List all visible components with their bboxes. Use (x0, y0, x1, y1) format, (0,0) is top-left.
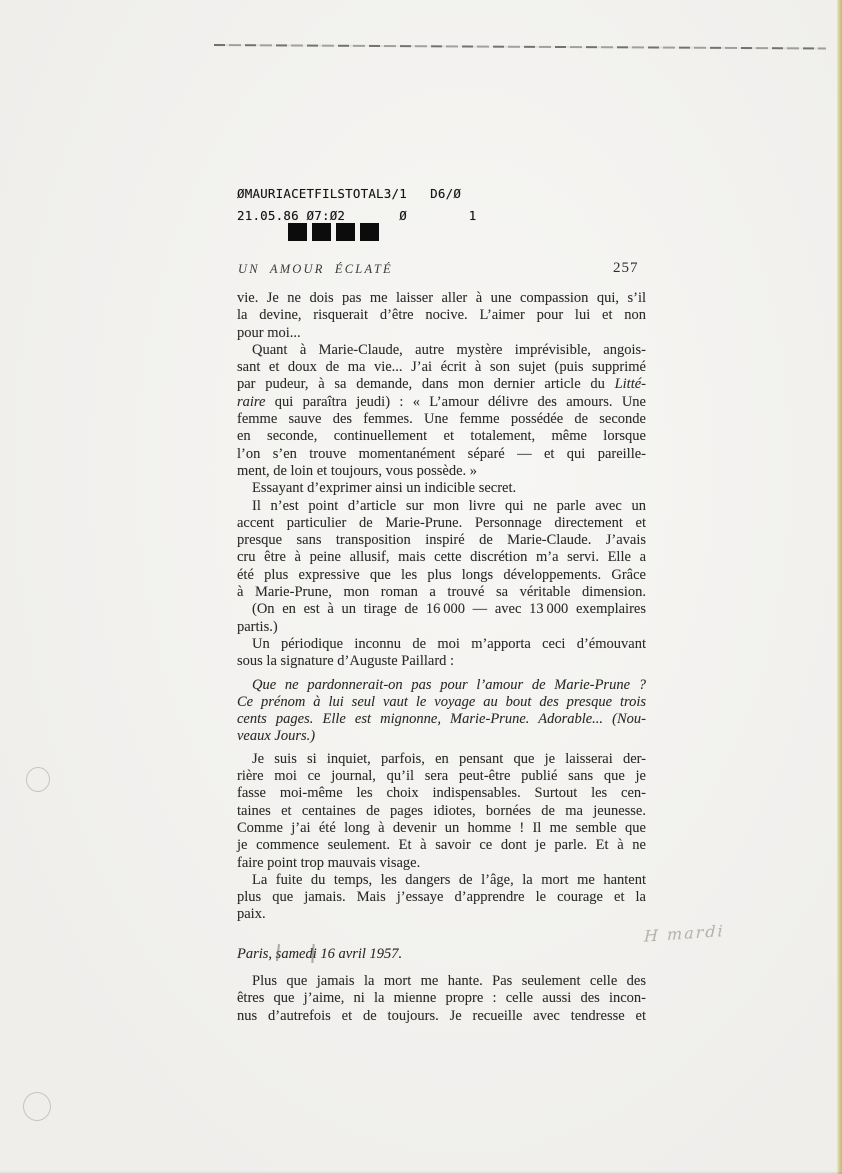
text-line: faire point trop mauvais visage. (237, 855, 646, 872)
struck-word: samedi (276, 946, 317, 963)
text-line: femme sauve des femmes. Une femme posséd… (237, 411, 646, 428)
text-line: en seconde, continuellement et totalemen… (237, 428, 646, 445)
text-column: vie. Je ne dois pas me laisser aller à u… (237, 290, 646, 1025)
microfilm-header: ØMAURIACETFILSTOTAL3/1 D6/Ø21.05.86 Ø7:Ø… (237, 183, 477, 226)
text-line: Il n’est point d’article sur mon livre q… (237, 498, 646, 515)
text-line: nus d’autrefois et de toujours. Je recue… (237, 1008, 646, 1025)
text-line: vie. Je ne dois pas me laisser aller à u… (237, 290, 646, 307)
calibration-squares (288, 223, 379, 241)
text-line: ment, de loin et toujours, vous possède.… (237, 463, 646, 480)
text-line: Un périodique inconnu de moi m’apporta c… (237, 636, 646, 653)
text-line: La fuite du temps, les dangers de l’âge,… (237, 872, 646, 889)
calibration-square (312, 223, 331, 241)
scan-edge-line (214, 44, 826, 50)
calibration-square (336, 223, 355, 241)
scanned-page: ØMAURIACETFILSTOTAL3/1 D6/Ø21.05.86 Ø7:Ø… (0, 0, 842, 1174)
text-line: partis.) (237, 619, 646, 636)
text-line: raire qui paraîtra jeudi) : « L’amour dé… (237, 394, 646, 411)
text-line: rière moi ce journal, qu’il sera peut-êt… (237, 768, 646, 785)
pencil-margin-note: H mardi (644, 921, 725, 946)
text-line: Ce prénom à lui seul vaut le voyage au b… (237, 694, 646, 711)
date-line: Paris, samedi 16 avril 1957. (237, 946, 646, 963)
text-line: fasse moi-même les choix indispensables.… (237, 785, 646, 802)
text-line: Je suis si inquiet, parfois, en pensant … (237, 751, 646, 768)
text-line: Essayant d’exprimer ainsi un indicible s… (237, 480, 646, 497)
date-line-suffix: 16 avril 1957. (317, 946, 402, 962)
calibration-square (360, 223, 379, 241)
running-head-title: UN AMOUR ÉCLATÉ (238, 262, 393, 277)
text-line: plus que jamais. Mais j’essaye d’apprend… (237, 889, 646, 906)
text-line: (On en est à un tirage de 16 000 — avec … (237, 601, 646, 618)
text-line: sant et doux de ma vie... J’ai écrit à s… (237, 359, 646, 376)
text-line: cru être à peine allusif, mais cette dis… (237, 549, 646, 566)
text-line: presque sans transposition inspiré de Ma… (237, 532, 646, 549)
text-line: l’on s’en trouve momentanément séparé — … (237, 446, 646, 463)
text-line: à Marie-Prune, mon roman a trouvé sa vér… (237, 584, 646, 601)
microfilm-header-line1: ØMAURIACETFILSTOTAL3/1 D6/Ø (237, 183, 477, 205)
text-line: taines et centaines de pages idiotes, bo… (237, 803, 646, 820)
text-line: cents pages. Elle est mignonne, Marie-Pr… (237, 711, 646, 728)
punch-hole-mark (24, 765, 51, 793)
text-line: veaux Jours.) (237, 728, 646, 745)
text-line: pour moi... (237, 325, 646, 342)
text-line: accent particulier de Marie-Prune. Perso… (237, 515, 646, 532)
text-line: la devine, risquerait d’être nocive. L’a… (237, 307, 646, 324)
text-line: paix. (237, 906, 646, 923)
date-line-prefix: Paris, (237, 946, 276, 962)
text-line: êtres que j’aime, ni la mienne propre : … (237, 990, 646, 1007)
text-line: Plus que jamais la mort me hante. Pas se… (237, 973, 646, 990)
text-line: été plus expressive que les plus longs d… (237, 567, 646, 584)
page-number: 257 (613, 260, 639, 277)
text-line: je commence seulement. Et à savoir ce do… (237, 837, 646, 854)
punch-hole-mark (23, 1092, 51, 1121)
text-line: sous la signature d’Auguste Paillard : (237, 653, 646, 670)
text-line: par pudeur, à sa demande, dans mon derni… (237, 376, 646, 393)
text-line: Que ne pardonnerait-on pas pour l’amour … (237, 677, 646, 694)
text-line: Comme j’ai été long à devenir un homme !… (237, 820, 646, 837)
text-line: Quant à Marie-Claude, autre mystère impr… (237, 342, 646, 359)
calibration-square (288, 223, 307, 241)
scan-right-edge (837, 0, 842, 1174)
